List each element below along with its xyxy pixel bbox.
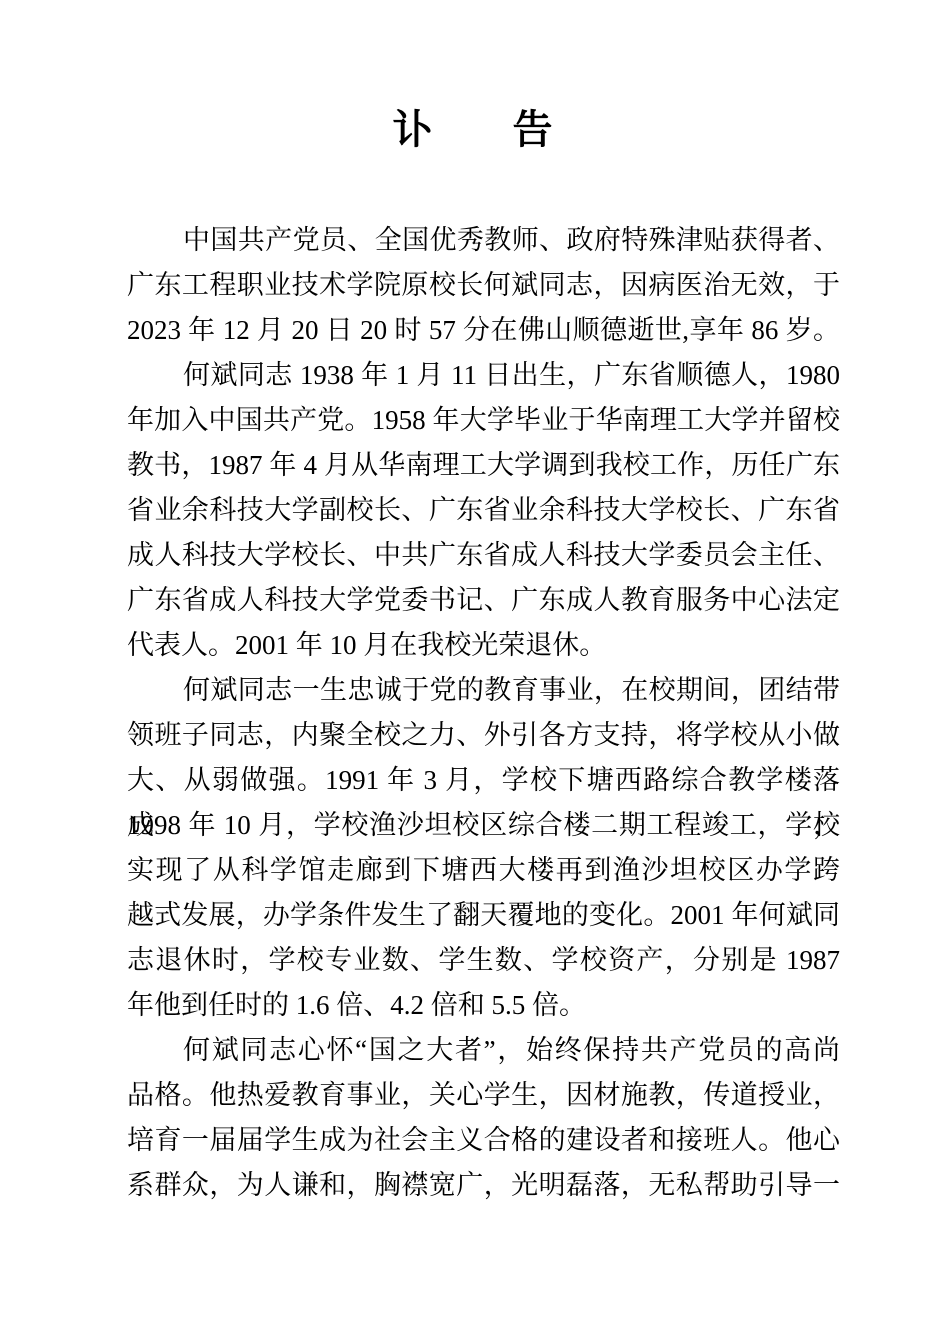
text-line: 中国共产党员、全国优秀教师、政府特殊津贴获得者、 xyxy=(127,218,840,263)
text-line: 越式发展，办学条件发生了翻天覆地的变化。2001 年何斌同 xyxy=(127,893,840,938)
document-body: 中国共产党员、全国优秀教师、政府特殊津贴获得者、广东工程职业技术学院原校长何斌同… xyxy=(127,218,840,1208)
text-line: 品格。他热爱教育事业，关心学生，因材施教，传道授业， xyxy=(127,1073,840,1118)
text-line: 实现了从科学馆走廊到下塘西大楼再到渔沙坦校区办学跨 xyxy=(127,848,840,893)
text-line: 教书，1987 年 4 月从华南理工大学调到我校工作，历任广东 xyxy=(127,443,840,488)
text-line: 代表人。2001 年 10 月在我校光荣退休。 xyxy=(127,623,840,668)
text-line: 志退休时，学校专业数、学生数、学校资产，分别是 1987 xyxy=(127,938,840,983)
document-title: 讣 告 xyxy=(0,104,945,156)
text-line: 省业余科技大学副校长、广东省业余科技大学校长、广东省 xyxy=(127,488,840,533)
text-line: 何斌同志一生忠诚于党的教育事业，在校期间，团结带 xyxy=(127,668,840,713)
paragraph: 何斌同志 1938 年 1 月 11 日出生，广东省顺德人，1980年加入中国共… xyxy=(127,353,840,668)
text-line: 系群众，为人谦和，胸襟宽广，光明磊落，无私帮助引导一 xyxy=(127,1163,840,1208)
text-line: 培育一届届学生成为社会主义合格的建设者和接班人。他心 xyxy=(127,1118,840,1163)
text-line: 1998 年 10 月，学校渔沙坦校区综合楼二期工程竣工，学校 xyxy=(127,803,840,848)
text-line: 年他到任时的 1.6 倍、4.2 倍和 5.5 倍。 xyxy=(127,983,840,1028)
text-line: 年加入中国共产党。1958 年大学毕业于华南理工大学并留校 xyxy=(127,398,840,443)
text-line: 何斌同志心怀“国之大者”，始终保持共产党员的高尚 xyxy=(127,1028,840,1073)
text-line: 何斌同志 1938 年 1 月 11 日出生，广东省顺德人，1980 xyxy=(127,353,840,398)
text-line: 广东工程职业技术学院原校长何斌同志，因病医治无效，于 xyxy=(127,263,840,308)
paragraph: 中国共产党员、全国优秀教师、政府特殊津贴获得者、广东工程职业技术学院原校长何斌同… xyxy=(127,218,840,353)
text-line: 大、从弱做强。1991 年 3 月，学校下塘西路综合教学楼落成， xyxy=(127,758,840,803)
paragraph: 何斌同志心怀“国之大者”，始终保持共产党员的高尚品格。他热爱教育事业，关心学生，… xyxy=(127,1028,840,1208)
obituary-page: 讣 告 中国共产党员、全国优秀教师、政府特殊津贴获得者、广东工程职业技术学院原校… xyxy=(0,0,945,1323)
text-line: 广东省成人科技大学党委书记、广东成人教育服务中心法定 xyxy=(127,578,840,623)
paragraph: 何斌同志一生忠诚于党的教育事业，在校期间，团结带领班子同志，内聚全校之力、外引各… xyxy=(127,668,840,1028)
text-line: 成人科技大学校长、中共广东省成人科技大学委员会主任、 xyxy=(127,533,840,578)
text-line: 2023 年 12 月 20 日 20 时 57 分在佛山顺德逝世,享年 86 … xyxy=(127,308,840,353)
text-line: 领班子同志，内聚全校之力、外引各方支持，将学校从小做 xyxy=(127,713,840,758)
